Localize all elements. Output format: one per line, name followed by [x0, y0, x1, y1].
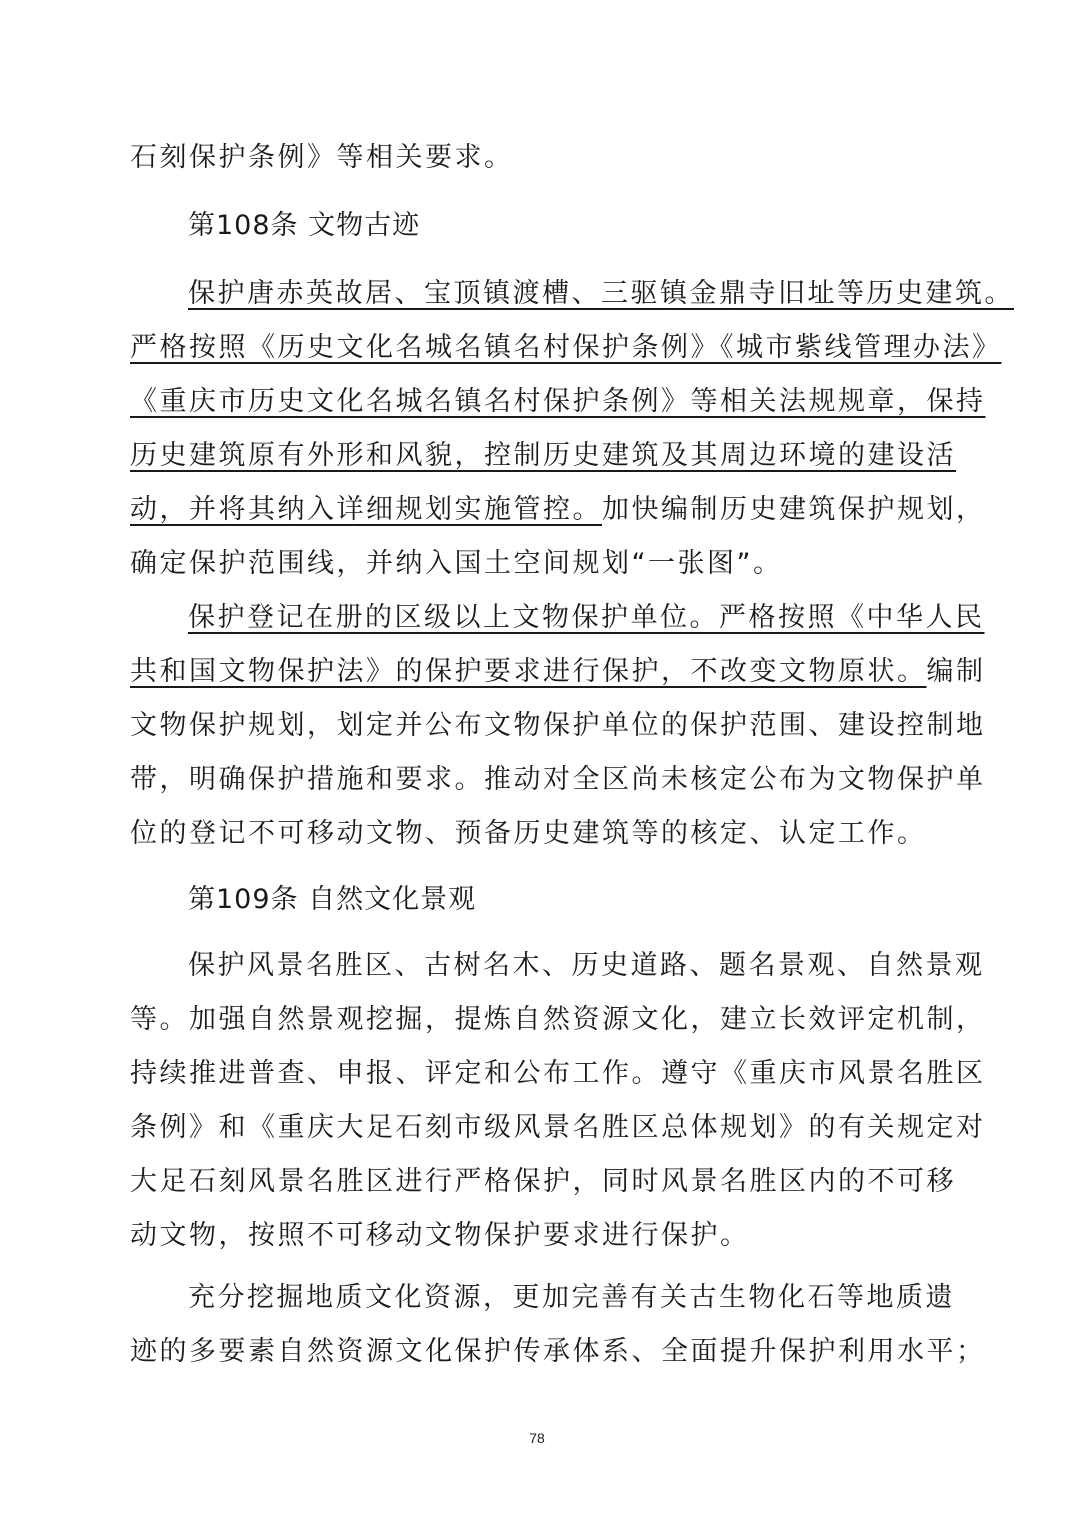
text-line: 保护唐赤英故居、宝顶镇渡槽、三驱镇金鼎寺旧址等历史建筑。	[188, 274, 1014, 314]
text-line: 充分挖掘地质文化资源，更加完善有关古生物化石等地质遗	[188, 1278, 955, 1318]
text-segment: 位的登记不可移动文物、预备历史建筑等的核定、认定工作。	[130, 818, 927, 849]
text-segment: 迹的多要素自然资源文化保护传承体系、全面提升保护利用水平；	[130, 1336, 986, 1367]
text-line: 带，明确保护措施和要求。推动对全区尚未核定公布为文物保护单	[130, 760, 986, 800]
text-segment: 等。加强自然景观挖掘，提炼自然资源文化，建立长效评定机制，	[130, 1004, 986, 1035]
underlined-text: 共和国文物保护法》的保护要求进行保护，不改变文物原状。	[130, 656, 927, 687]
text-line: 位的登记不可移动文物、预备历史建筑等的核定、认定工作。	[130, 814, 927, 854]
text-line: 共和国文物保护法》的保护要求进行保护，不改变文物原状。编制	[130, 652, 986, 692]
text-segment: 动文物，按照不可移动文物保护要求进行保护。	[130, 1220, 750, 1251]
text-line: 文物保护规划，划定并公布文物保护单位的保护范围、建设控制地	[130, 706, 986, 746]
text-line: 《重庆市历史文化名城名镇名村保护条例》等相关法规规章，保持	[130, 382, 986, 422]
text-line: 严格按照《历史文化名城名镇名村保护条例》《城市紫线管理办法》	[130, 328, 1002, 368]
text-segment: 石刻保护条例》等相关要求。	[130, 142, 514, 173]
text-line: 动文物，按照不可移动文物保护要求进行保护。	[130, 1216, 750, 1256]
text-segment: 编制	[927, 656, 986, 687]
text-segment: 确定保护范围线，并纳入国土空间规划“一张图”。	[130, 548, 782, 579]
text-segment: 加快编制历史建筑保护规划，	[602, 494, 986, 525]
section-heading: 第108条 文物古迹	[188, 206, 420, 246]
text-line: 持续推进普查、申报、评定和公布工作。遵守《重庆市风景名胜区	[130, 1054, 986, 1094]
underlined-text: 严格按照《历史文化名城名镇名村保护条例》《城市紫线管理办法》	[130, 332, 1002, 363]
text-segment: 第109条 自然文化景观	[188, 884, 476, 915]
text-segment: 条例》和《重庆大足石刻市级风景名胜区总体规划》的有关规定对	[130, 1112, 986, 1143]
text-segment: 第108条 文物古迹	[188, 210, 420, 241]
text-line: 大足石刻风景名胜区进行严格保护，同时风景名胜区内的不可移	[130, 1162, 956, 1202]
text-line: 等。加强自然景观挖掘，提炼自然资源文化，建立长效评定机制，	[130, 1000, 986, 1040]
underlined-text: 动，并将其纳入详细规划实施管控。	[130, 494, 602, 525]
underlined-text: 保护唐赤英故居、宝顶镇渡槽、三驱镇金鼎寺旧址等历史建筑。	[188, 278, 1014, 309]
text-line: 确定保护范围线，并纳入国土空间规划“一张图”。	[130, 544, 782, 584]
text-segment: 大足石刻风景名胜区进行严格保护，同时风景名胜区内的不可移	[130, 1166, 956, 1197]
underlined-text: 《重庆市历史文化名城名镇名村保护条例》等相关法规规章，保持	[130, 386, 986, 417]
page-number: 78	[0, 1430, 1074, 1446]
underlined-text: 保护登记在册的区级以上文物保护单位。严格按照《中华人民	[188, 602, 985, 633]
text-segment: 带，明确保护措施和要求。推动对全区尚未核定公布为文物保护单	[130, 764, 986, 795]
text-line: 历史建筑原有外形和风貌，控制历史建筑及其周边环境的建设活	[130, 436, 956, 476]
text-line: 迹的多要素自然资源文化保护传承体系、全面提升保护利用水平；	[130, 1332, 986, 1372]
text-segment: 充分挖掘地质文化资源，更加完善有关古生物化石等地质遗	[188, 1282, 955, 1313]
text-line: 保护风景名胜区、古树名木、历史道路、题名景观、自然景观	[188, 946, 985, 986]
text-segment: 持续推进普查、申报、评定和公布工作。遵守《重庆市风景名胜区	[130, 1058, 986, 1089]
text-line: 保护登记在册的区级以上文物保护单位。严格按照《中华人民	[188, 598, 985, 638]
underlined-text: 历史建筑原有外形和风貌，控制历史建筑及其周边环境的建设活	[130, 440, 956, 471]
text-line: 条例》和《重庆大足石刻市级风景名胜区总体规划》的有关规定对	[130, 1108, 986, 1148]
text-segment: 保护风景名胜区、古树名木、历史道路、题名景观、自然景观	[188, 950, 985, 981]
text-segment: 文物保护规划，划定并公布文物保护单位的保护范围、建设控制地	[130, 710, 986, 741]
text-line: 动，并将其纳入详细规划实施管控。加快编制历史建筑保护规划，	[130, 490, 986, 530]
section-heading: 第109条 自然文化景观	[188, 880, 476, 920]
text-line: 石刻保护条例》等相关要求。	[130, 138, 514, 178]
